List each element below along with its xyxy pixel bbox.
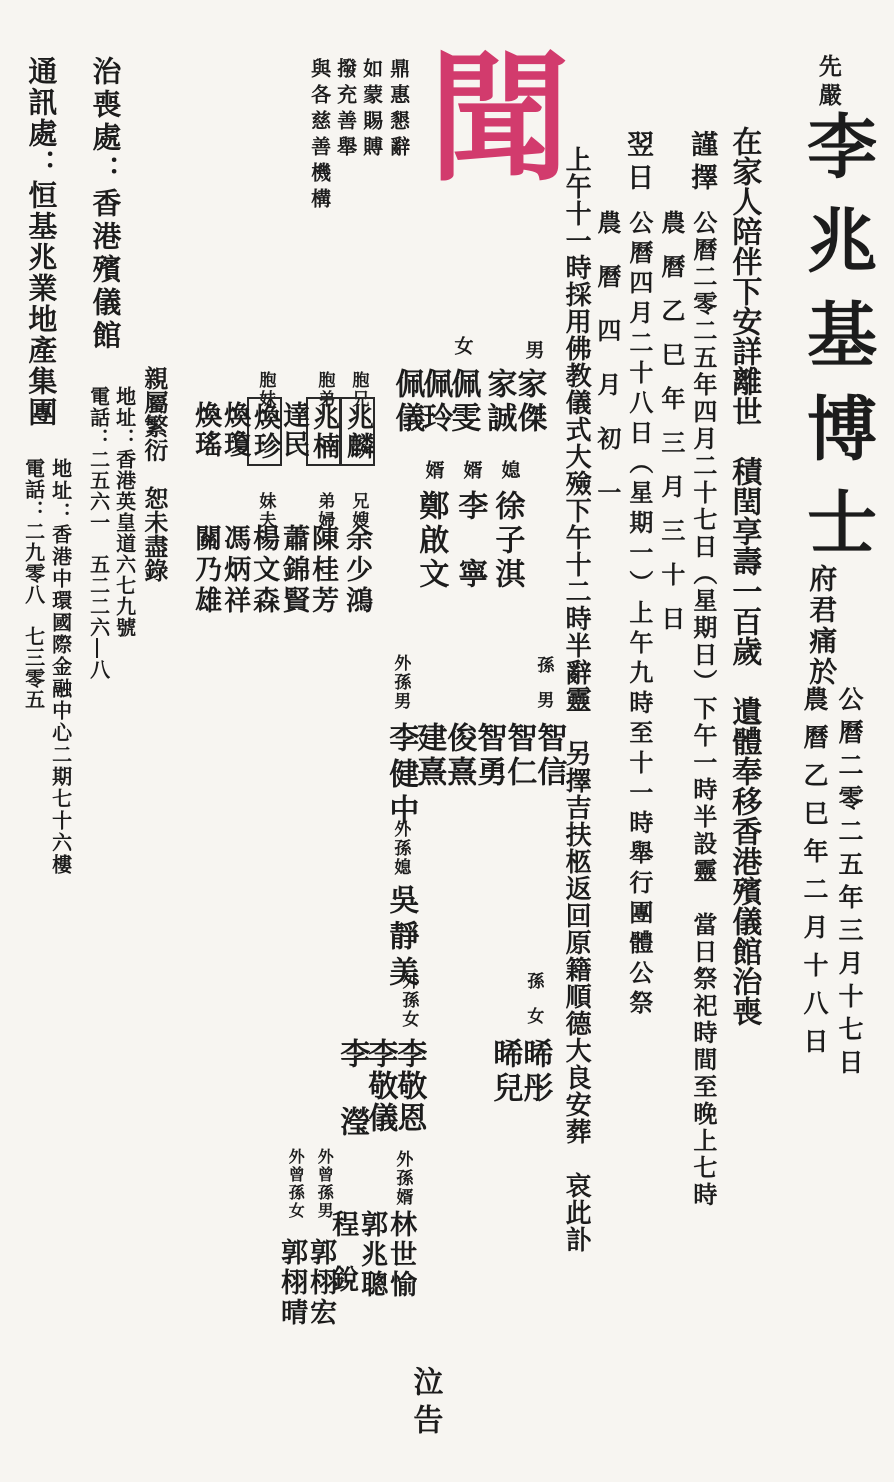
younger-brother-name: 兆楠 — [306, 397, 341, 466]
daughter-in-law-label: 媳 — [498, 460, 519, 479]
granddaughter-name: 晞彤 — [518, 1038, 550, 1106]
maternal-great-granddaughter-name: 郭栩晴 — [277, 1238, 306, 1328]
charity-note-line-3: 撥充善舉 — [333, 58, 355, 162]
obituary-character: 聞 — [413, 44, 564, 184]
son-label: 男 — [522, 340, 543, 359]
son-in-law-label: 婿 — [460, 460, 481, 479]
vigil-date-gregorian: 公曆二零二五年四月二十七日（星期日）下午一時半設靈 當日祭祀時間至晚上七時 — [689, 210, 715, 1209]
daughter-in-law-name: 徐子淇 — [490, 490, 522, 592]
grandson-label: 孫男 — [534, 656, 552, 726]
funeral-home-phone: 電話：二五六一 五二二六—八 — [86, 386, 108, 680]
maternal-grandson-wife-label: 外孫媳 — [391, 820, 409, 877]
charity-note-line-4: 與各慈善機構 — [307, 58, 329, 214]
honorific-prefix: 先嚴 — [816, 54, 841, 112]
memorial-date-lunar: 農曆四月初一 — [593, 210, 619, 534]
maternal-grandson-name: 李健中 — [384, 722, 416, 830]
deceased-name: 李兆基博士 — [798, 110, 874, 580]
funeral-home-address: 地址：香港英皇道六七九號 — [112, 386, 134, 638]
younger-brother-wife-name: 陳桂芳 — [308, 524, 337, 617]
maternal-granddaughter-label: 外孫女 — [399, 972, 417, 1029]
correspondence-phone: 電話：二九零八 七三零五 — [21, 458, 43, 710]
sister-name: 煥珍 — [247, 397, 282, 466]
granddaughter-label: 孫女 — [524, 972, 542, 1042]
correspondence-line: 通訊處：恒基兆業地產集團 — [24, 56, 55, 428]
charity-note-line-2: 如蒙賜賻 — [359, 58, 381, 162]
maternal-great-grandson-name: 郭栩宏 — [306, 1238, 335, 1328]
sister-husband-name: 楊文森 — [249, 524, 278, 617]
granddaughter-name: 晞兒 — [488, 1038, 520, 1106]
son-in-law-label: 婿 — [422, 460, 443, 479]
maternal-granddaughter-name: 李瀅 — [335, 1038, 367, 1174]
charity-note-line-1: 鼎惠懇辭 — [386, 58, 408, 162]
younger-brother-name: 達民 — [279, 401, 308, 459]
son-name: 家誠 — [482, 368, 514, 436]
memorial-date-gregorian: 公曆四月二十八日（星期一）上午九時至十一時舉行團體公祭 — [625, 210, 651, 1020]
death-date-lunar: 農曆乙巳年二月十八日 — [800, 686, 827, 1066]
elder-brother-name: 兆麟 — [340, 397, 375, 466]
sister-name: 煥瓊 — [220, 401, 249, 459]
maternal-granddaughter-name: 李敬恩 — [392, 1038, 424, 1134]
grandson-name: 智信 — [532, 722, 564, 790]
closing-mourners: 泣告 — [408, 1366, 440, 1442]
maternal-grandson-label: 外孫男 — [391, 654, 409, 711]
vigil-date-lunar: 農曆乙巳年三月三十日 — [657, 210, 683, 650]
son-name: 家傑 — [512, 368, 544, 436]
death-intro: 府君痛於 — [806, 564, 836, 688]
maternal-granddaughter-husband-label: 外孫婿 — [393, 1150, 411, 1207]
obituary-sheet: 先嚴 李兆基博士 府君痛於 公曆二零二五年三月十七日 農曆乙巳年二月十八日 在家… — [0, 0, 894, 1482]
death-date-gregorian: 公曆二零二五年三月十七日 — [835, 686, 862, 1082]
grandson-name: 智仁 — [502, 722, 534, 790]
grandson-name: 智勇 — [472, 722, 504, 790]
grandson-name: 俊熹 — [442, 722, 474, 790]
next-day-label: 翌日 — [623, 130, 652, 196]
son-in-law-name: 鄭啟文 — [414, 490, 446, 592]
son-in-law-name: 李寧 — [453, 490, 485, 626]
younger-brother-wife-name: 蕭錦賢 — [279, 524, 308, 617]
sister-husband-name: 馮炳祥 — [220, 524, 249, 617]
sister-name: 煥瑤 — [191, 401, 220, 459]
funeral-statement: 上午十一時採用佛教儀式大殮下午十二時半辭靈 另擇吉扶柩返回原籍順德大良安葬 哀此… — [563, 146, 591, 1253]
kin-note: 親屬繁衍 恕未盡錄 — [140, 366, 166, 582]
maternal-granddaughter-husband-name: 林世愉 — [386, 1210, 415, 1300]
vigil-label: 謹擇 — [687, 130, 716, 196]
passing-statement: 在家人陪伴下安詳離世 積閏享壽一百歲 遺體奉移香港殯儀館治喪 — [727, 126, 759, 1026]
daughter-name: 佩儀 — [390, 368, 422, 436]
maternal-granddaughter-husband-name: 郭兆聰 — [357, 1210, 386, 1300]
funeral-home-line: 治喪處：香港殯儀館 — [88, 56, 119, 353]
correspondence-address: 地址：香港中環國際金融中心二期七十六樓 — [48, 458, 70, 876]
maternal-great-granddaughter-label: 外曾孫女 — [286, 1148, 303, 1220]
maternal-great-grandson-label: 外曾孫男 — [315, 1148, 332, 1220]
elder-sister-in-law-name: 余少鴻 — [342, 524, 371, 617]
daughter-label: 女 — [451, 336, 472, 355]
sister-husband-name: 關乃雄 — [191, 524, 220, 617]
